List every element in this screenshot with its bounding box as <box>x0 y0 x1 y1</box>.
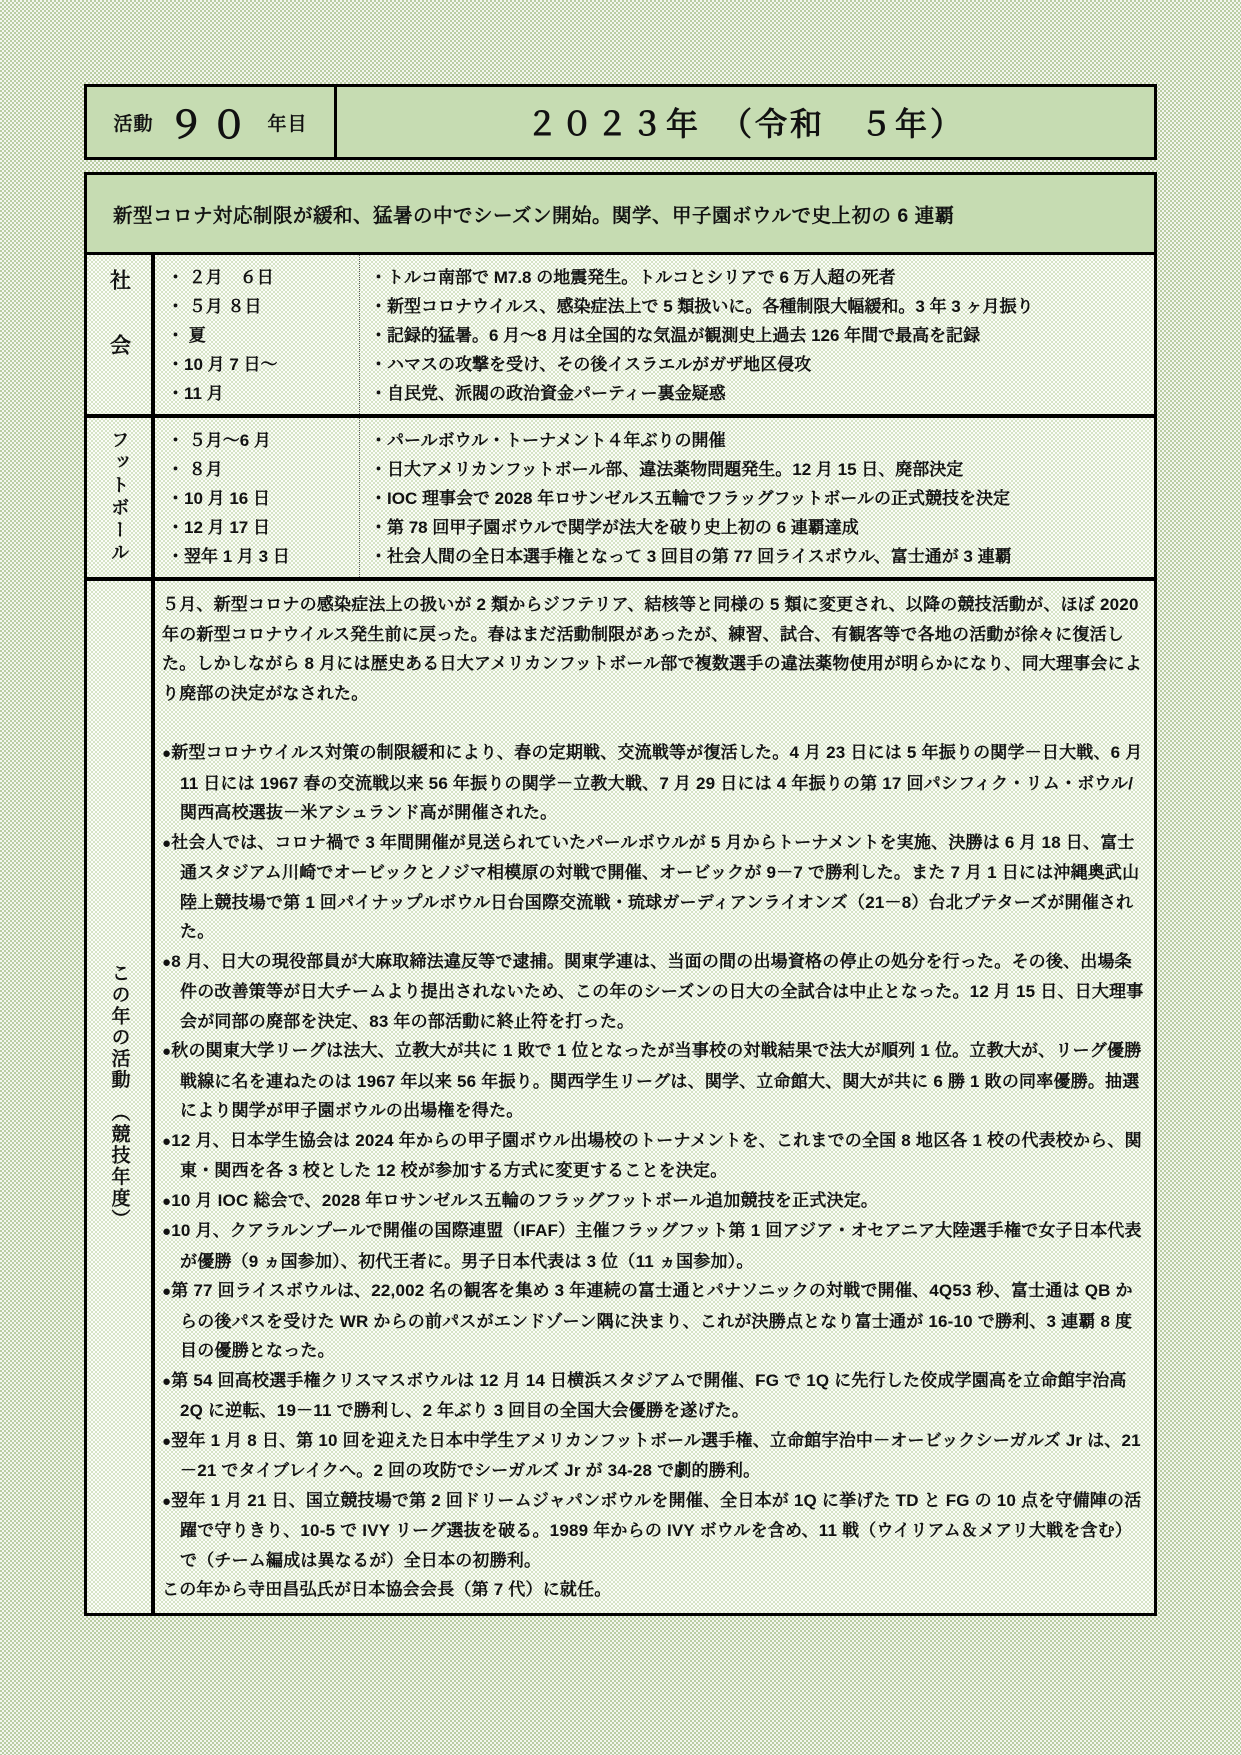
activity-suffix-label: 年目 <box>268 109 308 136</box>
activity-intro: ５月、新型コロナの感染症法上の扱いが 2 類からジフテリア、結核等と同様の 5 … <box>162 590 1144 708</box>
society-dates: ・ ２月 ６日 ・ ５月 ８日 ・ 夏 ・10 月 7 日～ ・11 月 <box>155 255 359 414</box>
activity-row: この年の活動 （競技年度） ５月、新型コロナの感染症法上の扱いが 2 類からジフ… <box>87 577 1154 1613</box>
date-line: ・翌年 1 月 3 日 <box>167 542 355 571</box>
football-row: フットボール ・ ５月～6 月 ・ ８月 ・10 月 16 日 ・12 月 17… <box>87 414 1154 577</box>
activity-bullet: 第 54 回高校選手権クリスマスボウルは 12 月 14 日横浜スタジアムで開催… <box>162 1366 1144 1426</box>
activity-years-number: ９０ <box>168 95 254 149</box>
date-line: ・10 月 16 日 <box>167 484 355 513</box>
activity-label-cell: この年の活動 （競技年度） <box>87 581 155 1613</box>
activity-bullet: 12 月、日本学生協会は 2024 年からの甲子園ボウル出場校のトーナメントを、… <box>162 1126 1144 1186</box>
activity-bullet: 第 77 回ライスボウルは、22,002 名の観客を集め 3 年連続の富士通とパ… <box>162 1276 1144 1366</box>
year-title: ２０２３年 （令和 ５年） <box>526 99 965 145</box>
football-events: ・パールボウル・トーナメント４年ぶりの開催 ・日大アメリカンフットボール部、違法… <box>359 418 1154 577</box>
football-label-cell: フットボール <box>87 418 155 577</box>
event-line: ・社会人間の全日本選手権となって 3 回目の第 77 回ライスボウル、富士通が … <box>370 542 1146 571</box>
activity-bullet: 翌年 1 月 21 日、国立競技場で第 2 回ドリームジャパンボウルを開催、全日… <box>162 1486 1144 1576</box>
football-dates: ・ ５月～6 月 ・ ８月 ・10 月 16 日 ・12 月 17 日 ・翌年 … <box>155 418 359 577</box>
date-line: ・ ２月 ６日 <box>167 263 355 292</box>
activity-bullet: 社会人では、コロナ禍で 3 年間開催が見送られていたパールボウルが 5 月からト… <box>162 828 1144 947</box>
activity-bullet: 翌年 1 月 8 日、第 10 回を迎えた日本中学生アメリカンフットボール選手権… <box>162 1426 1144 1486</box>
event-line: ・新型コロナウイルス、感染症法上で 5 類扱いに。各種制限大幅緩和。3 年 3 … <box>370 292 1146 321</box>
event-line: ・記録的猛暑。6 月～8 月は全国的な気温が観測史上過去 126 年間で最高を記… <box>370 321 1146 350</box>
season-summary-text: 新型コロナ対応制限が緩和、猛暑の中でシーズン開始。関学、甲子園ボウルで史上初の … <box>113 200 955 228</box>
activity-bullet: 8 月、日大の現役部員が大麻取締法違反等で逮捕。関東学連は、当面の間の出場資格の… <box>162 947 1144 1037</box>
date-line: ・ 夏 <box>167 321 355 350</box>
date-line: ・12 月 17 日 <box>167 513 355 542</box>
activity-label: この年の活動 （競技年度） <box>110 963 129 1230</box>
football-label: フットボール <box>110 430 129 565</box>
event-line: ・日大アメリカンフットボール部、違法薬物問題発生。12 月 15 日、廃部決定 <box>370 455 1146 484</box>
season-summary-bar: 新型コロナ対応制限が緩和、猛暑の中でシーズン開始。関学、甲子園ボウルで史上初の … <box>84 172 1157 252</box>
activity-bullet: 新型コロナウイルス対策の制限緩和により、春の定期戦、交流戦等が復活した。4 月 … <box>162 738 1144 828</box>
event-line: ・トルコ南部で M7.8 の地震発生。トルコとシリアで 6 万人超の死者 <box>370 263 1146 292</box>
activity-prefix-label: 活動 <box>113 109 153 136</box>
page: 活動 ９０ 年目 ２０２３年 （令和 ５年） 新型コロナ対応制限が緩和、猛暑の中… <box>84 84 1157 1616</box>
date-line: ・ ５月～6 月 <box>167 426 355 455</box>
activity-closing: この年から寺田昌弘氏が日本協会会長（第 7 代）に就任。 <box>162 1575 1144 1605</box>
date-line: ・11 月 <box>167 379 355 408</box>
date-line: ・ ８月 <box>167 455 355 484</box>
event-line: ・IOC 理事会で 2028 年ロサンゼルス五輪でフラッグフットボールの正式競技… <box>370 484 1146 513</box>
event-line: ・パールボウル・トーナメント４年ぶりの開催 <box>370 426 1146 455</box>
header-box: 活動 ９０ 年目 ２０２３年 （令和 ５年） <box>84 84 1157 160</box>
activity-bullet: 秋の関東大学リーグは法大、立教大が共に 1 敗で 1 位となったが当事校の対戦結… <box>162 1036 1144 1126</box>
society-label: 社会 <box>109 269 130 399</box>
activity-bullet: 10 月、クアラルンプールで開催の国際連盟（IFAF）主催フラッグフット第 1 … <box>162 1216 1144 1276</box>
activity-years-cell: 活動 ９０ 年目 <box>87 87 337 157</box>
activity-content: ５月、新型コロナの感染症法上の扱いが 2 類からジフテリア、結核等と同様の 5 … <box>155 581 1154 1613</box>
event-line: ・第 78 回甲子園ボウルで関学が法大を破り史上初の 6 連覇達成 <box>370 513 1146 542</box>
year-title-cell: ２０２３年 （令和 ５年） <box>337 87 1154 157</box>
event-line: ・自民党、派閥の政治資金パーティー裏金疑惑 <box>370 379 1146 408</box>
paragraph-gap <box>162 708 1144 738</box>
event-line: ・ハマスの攻撃を受け、その後イスラエルがガザ地区侵攻 <box>370 350 1146 379</box>
date-line: ・10 月 7 日～ <box>167 350 355 379</box>
society-row: 社会 ・ ２月 ６日 ・ ５月 ８日 ・ 夏 ・10 月 7 日～ ・11 月 … <box>87 255 1154 414</box>
date-line: ・ ５月 ８日 <box>167 292 355 321</box>
society-label-cell: 社会 <box>87 255 155 414</box>
society-events: ・トルコ南部で M7.8 の地震発生。トルコとシリアで 6 万人超の死者 ・新型… <box>359 255 1154 414</box>
activity-bullet: 10 月 IOC 総会で、2028 年ロサンゼルス五輪のフラッグフットボール追加… <box>162 1186 1144 1217</box>
main-table: 社会 ・ ２月 ６日 ・ ５月 ８日 ・ 夏 ・10 月 7 日～ ・11 月 … <box>84 252 1157 1616</box>
